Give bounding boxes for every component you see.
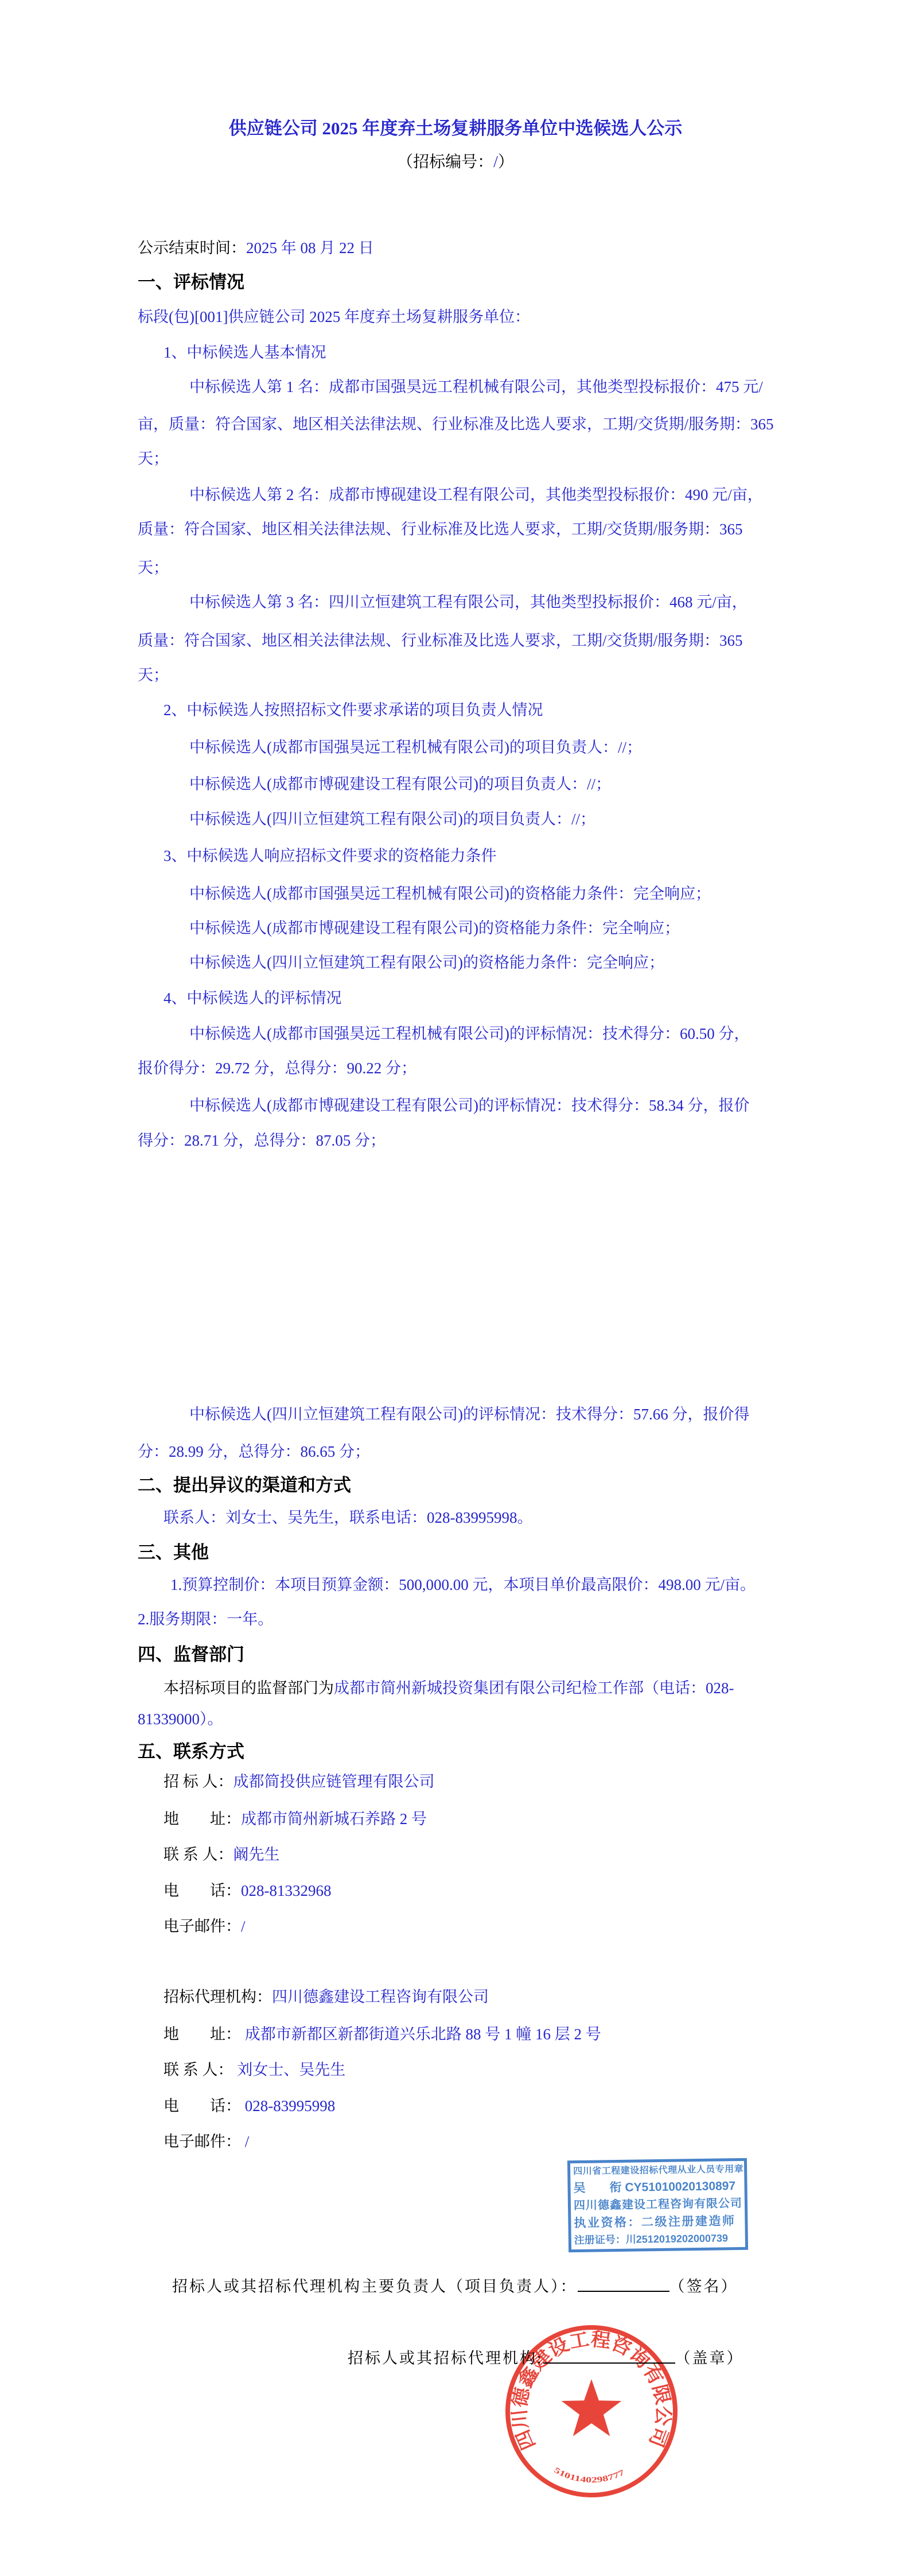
agency-name: 招标代理机构：四川德鑫建设工程咨询有限公司 xyxy=(163,1988,489,2007)
item-1-2-heading-text: 2、中标候选人按照招标文件要求承诺的项目负责人情况 xyxy=(163,701,543,719)
other-1-budget-text: 1.预算控制价：本项目预算金额：500,000.00 元，本项目单价最高限价：4… xyxy=(170,1576,756,1593)
section-1-heading: 一、评标情况 xyxy=(138,271,244,294)
candidate-2-line-3-text: 天； xyxy=(138,559,169,576)
candidate-2-line-1: 中标候选人第 2 名：成都市博砚建设工程有限公司，其他类型投标报价：490 元/… xyxy=(189,486,763,505)
agency-name-text: 四川德鑫建设工程咨询有限公司 xyxy=(272,1988,489,2005)
publicity-end-time-text: 公示结束时间： xyxy=(138,239,246,257)
section-5-heading-text: 五、联系方式 xyxy=(138,1741,244,1762)
candidate-3-line-3: 天； xyxy=(138,666,169,685)
company-seal-stamp: 四川德鑫建设工程咨询有限公司 5101140298777 xyxy=(504,2323,679,2499)
agency-name-text: 招标代理机构： xyxy=(163,1988,272,2005)
agency-personnel-stamp: 四川省工程建设招标代理从业人员专用章吴 衔 CY51010020130897四川… xyxy=(567,2158,748,2252)
item-1-1-heading: 1、中标候选人基本情况 xyxy=(163,343,326,363)
section-3-heading: 三、其他 xyxy=(138,1542,209,1564)
supervision-line-1-text: 成都市简州新城投资集团有限公司纪检工作部（电话：028- xyxy=(334,1679,734,1697)
signature-line-text: （签名） xyxy=(669,2278,738,2295)
agency-phone-text: 电 话： xyxy=(163,2097,241,2115)
agency-email: 电子邮件： / xyxy=(163,2132,249,2152)
tenderer-contact-text: 联 系 人： xyxy=(163,1846,233,1863)
candidate-3-line-2: 质量：符合国家、地区相关法律法规、行业标准及比选人要求，工期/交货期/服务期：3… xyxy=(138,631,743,651)
seal-star xyxy=(562,2379,622,2437)
agency-stamp-line-1: 四川省工程建设招标代理从业人员专用章 xyxy=(573,2165,741,2177)
score-candidate-3-line-2: 分：28.99 分，总得分：86.65 分； xyxy=(138,1442,370,1462)
agency-address-text: 成都市新都区新都街道兴乐北路 88 号 1 幢 16 层 2 号 xyxy=(241,2026,601,2043)
supervision-line-2-text: 81339000）。 xyxy=(138,1710,223,1728)
qual-candidate-3: 中标候选人(四川立恒建筑工程有限公司)的资格能力条件：完全响应； xyxy=(189,953,664,973)
seal-line-text: （盖章） xyxy=(675,2350,744,2367)
item-1-4-heading-text: 4、中标候选人的评标情况 xyxy=(163,990,342,1007)
candidate-1-line-1-text: 中标候选人第 1 名：成都市国强昊远工程机械有限公司，其他类型投标报价：475 … xyxy=(189,378,763,395)
agency-email-text: 电子邮件： xyxy=(163,2133,241,2150)
doc-subtitle-text: ） xyxy=(498,153,514,171)
qual-candidate-2-text: 中标候选人(成都市博砚建设工程有限公司)的资格能力条件：完全响应； xyxy=(189,920,680,937)
signature-line: 招标人或其招标代理机构主要负责人（项目负责人）：（签名） xyxy=(172,2276,738,2296)
supervision-line-2: 81339000）。 xyxy=(138,1710,223,1729)
candidate-1-line-3-text: 天； xyxy=(138,450,169,467)
tenderer-email: 电子邮件：/ xyxy=(163,1917,246,1937)
tenderer-name-text: 成都简投供应链管理有限公司 xyxy=(233,1773,435,1790)
qual-candidate-1-text: 中标候选人(成都市国强昊远工程机械有限公司)的资格能力条件：完全响应； xyxy=(189,885,711,902)
section-4-heading-text: 四、监督部门 xyxy=(138,1644,244,1665)
doc-subtitle-text: （招标编号： xyxy=(397,153,493,171)
tenderer-address-text: 成都市简州新城石养路 2 号 xyxy=(241,1810,427,1828)
item-1-3-heading-text: 3、中标候选人响应招标文件要求的资格能力条件 xyxy=(163,847,497,864)
other-2-term: 2.服务期限：一年。 xyxy=(138,1610,273,1630)
tenderer-contact-text: 阚先生 xyxy=(233,1846,280,1863)
doc-title-text: 供应链公司 2025 年度弃土场复耕服务单位中选候选人公示 xyxy=(229,118,683,138)
score-candidate-1-line-1-text: 中标候选人(成都市国强昊远工程机械有限公司)的评标情况：技术得分：60.50 分… xyxy=(189,1025,749,1042)
candidate-1-line-2: 亩，质量：符合国家、地区相关法律法规、行业标准及比选人要求，工期/交货期/服务期… xyxy=(138,415,774,434)
candidate-3-line-2-text: 质量：符合国家、地区相关法律法规、行业标准及比选人要求，工期/交货期/服务期：3… xyxy=(138,632,743,649)
document-page: 供应链公司 2025 年度弃土场复耕服务单位中选候选人公示（招标编号：/）公示结… xyxy=(0,0,911,2576)
agency-stamp-line-2: 吴 衔 CY51010020130897 xyxy=(573,2180,741,2194)
lot-line: 标段(包)[001]供应链公司 2025 年度弃土场复耕服务单位： xyxy=(138,308,530,327)
agency-phone-text: 028-83995998 xyxy=(241,2097,335,2115)
agency-email-text: / xyxy=(241,2133,249,2150)
pm-candidate-2-text: 中标候选人(成都市博砚建设工程有限公司)的项目负责人：//； xyxy=(189,775,611,793)
tenderer-contact: 联 系 人：阚先生 xyxy=(163,1845,280,1865)
tenderer-name: 招 标 人：成都简投供应链管理有限公司 xyxy=(163,1772,435,1792)
agency-contact: 联 系 人： 刘女士、吴先生 xyxy=(163,2061,345,2080)
section-2-heading-text: 二、提出异议的渠道和方式 xyxy=(138,1475,351,1495)
supervision-line-1-text: 本招标项目的监督部门为 xyxy=(163,1679,334,1697)
candidate-1-line-3: 天； xyxy=(138,449,169,469)
candidate-3-line-1: 中标候选人第 3 名：四川立恒建筑工程有限公司，其他类型投标报价：468 元/亩… xyxy=(189,593,748,612)
item-1-2-heading: 2、中标候选人按照招标文件要求承诺的项目负责人情况 xyxy=(163,701,543,720)
score-candidate-2-line-2-text: 得分：28.71 分，总得分：87.05 分； xyxy=(138,1132,386,1149)
doc-title: 供应链公司 2025 年度弃土场复耕服务单位中选候选人公示 xyxy=(0,118,911,140)
qual-candidate-2: 中标候选人(成都市博砚建设工程有限公司)的资格能力条件：完全响应； xyxy=(189,919,680,938)
qual-candidate-1: 中标候选人(成都市国强昊远工程机械有限公司)的资格能力条件：完全响应； xyxy=(189,884,711,904)
pm-candidate-3-text: 中标候选人(四川立恒建筑工程有限公司)的项目负责人：//； xyxy=(189,810,595,828)
tenderer-phone: 电 话：028-81332968 xyxy=(163,1881,332,1901)
tenderer-phone-text: 电 话： xyxy=(163,1882,241,1899)
agency-contact-text: 刘女士、吴先生 xyxy=(233,2061,346,2078)
agency-address-text: 地 址： xyxy=(163,2026,241,2043)
pm-candidate-2: 中标候选人(成都市博砚建设工程有限公司)的项目负责人：//； xyxy=(189,775,611,794)
item-1-3-heading: 3、中标候选人响应招标文件要求的资格能力条件 xyxy=(163,847,497,866)
tenderer-email-text: / xyxy=(241,1918,246,1935)
score-candidate-3-line-1: 中标候选人(四川立恒建筑工程有限公司)的评标情况：技术得分：57.66 分，报价… xyxy=(189,1405,749,1425)
candidate-2-line-3: 天； xyxy=(138,558,169,578)
item-1-1-heading-text: 1、中标候选人基本情况 xyxy=(163,344,326,361)
score-candidate-3-line-2-text: 分：28.99 分，总得分：86.65 分； xyxy=(138,1443,370,1460)
candidate-3-line-3-text: 天； xyxy=(138,666,169,684)
pm-candidate-3: 中标候选人(四川立恒建筑工程有限公司)的项目负责人：//； xyxy=(189,810,595,829)
publicity-end-time: 公示结束时间：2025 年 08 月 22 日 xyxy=(138,239,374,258)
score-candidate-1-line-2: 报价得分：29.72 分，总得分：90.22 分； xyxy=(138,1059,416,1078)
score-candidate-1-line-2-text: 报价得分：29.72 分，总得分：90.22 分； xyxy=(138,1060,416,1077)
score-candidate-3-line-1-text: 中标候选人(四川立恒建筑工程有限公司)的评标情况：技术得分：57.66 分，报价… xyxy=(189,1406,749,1423)
agency-phone: 电 话： 028-83995998 xyxy=(163,2097,335,2116)
objection-contact: 联系人：刘女士、吴先生，联系电话：028-83995998。 xyxy=(163,1508,533,1528)
pm-candidate-1-text: 中标候选人(成都市国强昊远工程机械有限公司)的项目负责人：//； xyxy=(189,739,642,756)
item-1-4-heading: 4、中标候选人的评标情况 xyxy=(163,989,342,1008)
other-1-budget: 1.预算控制价：本项目预算金额：500,000.00 元，本项目单价最高限价：4… xyxy=(170,1576,756,1595)
agency-address: 地 址： 成都市新都区新都街道兴乐北路 88 号 1 幢 16 层 2 号 xyxy=(163,2025,601,2044)
section-1-heading-text: 一、评标情况 xyxy=(138,272,244,292)
section-5-heading: 五、联系方式 xyxy=(138,1741,244,1763)
agency-stamp-line-3: 四川德鑫建设工程咨询有限公司 xyxy=(574,2198,742,2212)
signature-underline xyxy=(578,2276,669,2292)
candidate-3-line-1-text: 中标候选人第 3 名：四川立恒建筑工程有限公司，其他类型投标报价：468 元/亩… xyxy=(189,593,748,611)
objection-contact-text: 联系人：刘女士、吴先生，联系电话：028-83995998。 xyxy=(163,1509,533,1526)
candidate-2-line-1-text: 中标候选人第 2 名：成都市博砚建设工程有限公司，其他类型投标报价：490 元/… xyxy=(189,486,763,503)
tenderer-address-text: 地 址： xyxy=(163,1810,241,1828)
supervision-line-1: 本招标项目的监督部门为成都市简州新城投资集团有限公司纪检工作部（电话：028- xyxy=(163,1679,734,1698)
score-candidate-2-line-1: 中标候选人(成都市博砚建设工程有限公司)的评标情况：技术得分：58.34 分，报… xyxy=(189,1096,749,1116)
candidate-2-line-2: 质量：符合国家、地区相关法律法规、行业标准及比选人要求，工期/交货期/服务期：3… xyxy=(138,520,743,540)
agency-contact-text: 联 系 人： xyxy=(163,2061,233,2078)
tenderer-phone-text: 028-81332968 xyxy=(241,1882,332,1899)
section-2-heading: 二、提出异议的渠道和方式 xyxy=(138,1475,351,1497)
seal-code-text: 5101140298777 xyxy=(552,2466,626,2485)
score-candidate-1-line-1: 中标候选人(成都市国强昊远工程机械有限公司)的评标情况：技术得分：60.50 分… xyxy=(189,1025,749,1044)
lot-line-text: 标段(包)[001]供应链公司 2025 年度弃土场复耕服务单位： xyxy=(138,308,530,325)
publicity-end-time-text: 2025 年 08 月 22 日 xyxy=(246,239,374,257)
qual-candidate-3-text: 中标候选人(四川立恒建筑工程有限公司)的资格能力条件：完全响应； xyxy=(189,954,664,971)
candidate-2-line-2-text: 质量：符合国家、地区相关法律法规、行业标准及比选人要求，工期/交货期/服务期：3… xyxy=(138,521,743,538)
pm-candidate-1: 中标候选人(成都市国强昊远工程机械有限公司)的项目负责人：//； xyxy=(189,738,642,758)
tenderer-address: 地 址：成都市简州新城石养路 2 号 xyxy=(163,1810,427,1829)
tenderer-email-text: 电子邮件： xyxy=(163,1918,241,1935)
agency-stamp-line-5: 注册证号：川2512019202000739 xyxy=(574,2233,742,2245)
score-candidate-2-line-1-text: 中标候选人(成都市博砚建设工程有限公司)的评标情况：技术得分：58.34 分，报… xyxy=(189,1097,749,1114)
section-3-heading-text: 三、其他 xyxy=(138,1542,209,1562)
agency-stamp-line-4: 执业资格：二级注册建造师 xyxy=(574,2215,742,2229)
other-2-term-text: 2.服务期限：一年。 xyxy=(138,1611,273,1628)
doc-subtitle-text: / xyxy=(493,153,498,171)
section-4-heading: 四、监督部门 xyxy=(138,1644,244,1666)
doc-subtitle: （招标编号：/） xyxy=(0,152,911,172)
score-candidate-2-line-2: 得分：28.71 分，总得分：87.05 分； xyxy=(138,1131,386,1151)
signature-line-text: 招标人或其招标代理机构主要负责人（项目负责人）： xyxy=(172,2278,578,2295)
candidate-1-line-1: 中标候选人第 1 名：成都市国强昊远工程机械有限公司，其他类型投标报价：475 … xyxy=(189,378,763,397)
tenderer-name-text: 招 标 人： xyxy=(163,1773,233,1790)
candidate-1-line-2-text: 亩，质量：符合国家、地区相关法律法规、行业标准及比选人要求，工期/交货期/服务期… xyxy=(138,416,774,433)
